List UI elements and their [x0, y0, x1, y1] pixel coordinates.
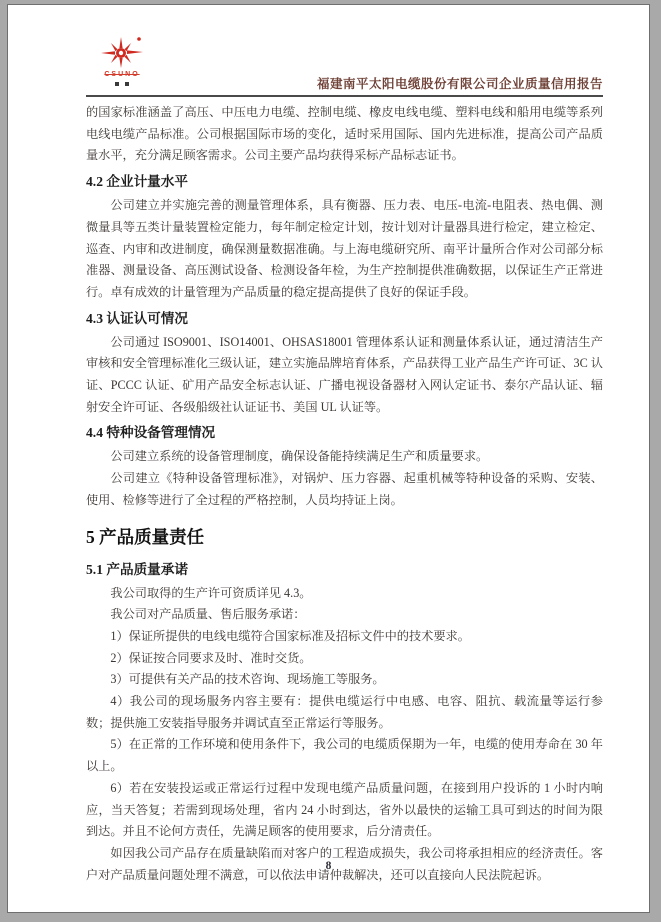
list-item-2: 2）保证按合同要求及时、准时交货。: [86, 648, 603, 670]
list-item-6: 6）若在安装投运或正常运行过程中发现电缆产品质量问题，在接到用户投诉的 1 小时…: [86, 778, 603, 843]
page-number: 8: [326, 860, 332, 872]
list-item-3: 3）可提供有关产品的技术咨询、现场施工等服务。: [86, 669, 603, 691]
document-body: 的国家标准涵盖了高压、中压电力电缆、控制电缆、橡皮电线电缆、塑料电线和船用电缆等…: [86, 97, 603, 886]
paragraph-continuation: 的国家标准涵盖了高压、中压电力电缆、控制电缆、橡皮电线电缆、塑料电线和船用电缆等…: [86, 102, 603, 167]
page-content-area: CSUNO 福建南平太阳电缆股份有限公司企业质量信用报告 的国家标准涵盖了高压、…: [86, 5, 603, 912]
paragraph-equipment-system: 公司建立系统的设备管理制度，确保设备能持续满足生产和质量要求。: [86, 446, 603, 468]
paragraph-special-equipment: 公司建立《特种设备管理标准》，对锅炉、压力容器、起重机械等特种设备的采购、安装、…: [86, 468, 603, 511]
paragraph-certification: 公司通过 ISO9001、ISO14001、OHSAS18001 管理体系认证和…: [86, 332, 603, 419]
paragraph-commitment-intro: 我公司对产品质量、售后服务承诺：: [86, 604, 603, 626]
report-title: 福建南平太阳电缆股份有限公司企业质量信用报告: [317, 74, 603, 92]
section-heading-4-2: 4.2 企业计量水平: [86, 171, 603, 193]
paragraph-license-ref: 我公司取得的生产许可资质详见 4.3。: [86, 583, 603, 605]
list-item-4: 4）我公司的现场服务内容主要有：提供电缆运行中电感、电容、阻抗、载流量等运行参数…: [86, 691, 603, 734]
chapter-heading-5: 5 产品质量责任: [86, 524, 603, 550]
page-header: CSUNO 福建南平太阳电缆股份有限公司企业质量信用报告: [86, 5, 603, 97]
list-item-5: 5）在正常的工作环境和使用条件下，我公司的电缆质保期为一年，电缆的使用寿命在 3…: [86, 734, 603, 777]
section-heading-4-3: 4.3 认证认可情况: [86, 308, 603, 330]
list-item-1: 1）保证所提供的电线电缆符合国家标准及招标文件中的技术要求。: [86, 626, 603, 648]
section-heading-4-4: 4.4 特种设备管理情况: [86, 422, 603, 444]
logo-brand-text: CSUNO: [94, 71, 150, 78]
section-heading-5-1: 5.1 产品质量承诺: [86, 559, 603, 581]
paragraph-metrology: 公司建立并实施完善的测量管理体系，具有衡器、压力表、电压-电流-电阻表、热电偶、…: [86, 195, 603, 304]
document-page: CSUNO 福建南平太阳电缆股份有限公司企业质量信用报告 的国家标准涵盖了高压、…: [7, 4, 650, 913]
sun-star-icon: [99, 35, 145, 71]
page-footer: 8: [8, 856, 649, 874]
company-logo: CSUNO: [94, 35, 150, 86]
logo-small-marks-icon: [94, 80, 150, 86]
